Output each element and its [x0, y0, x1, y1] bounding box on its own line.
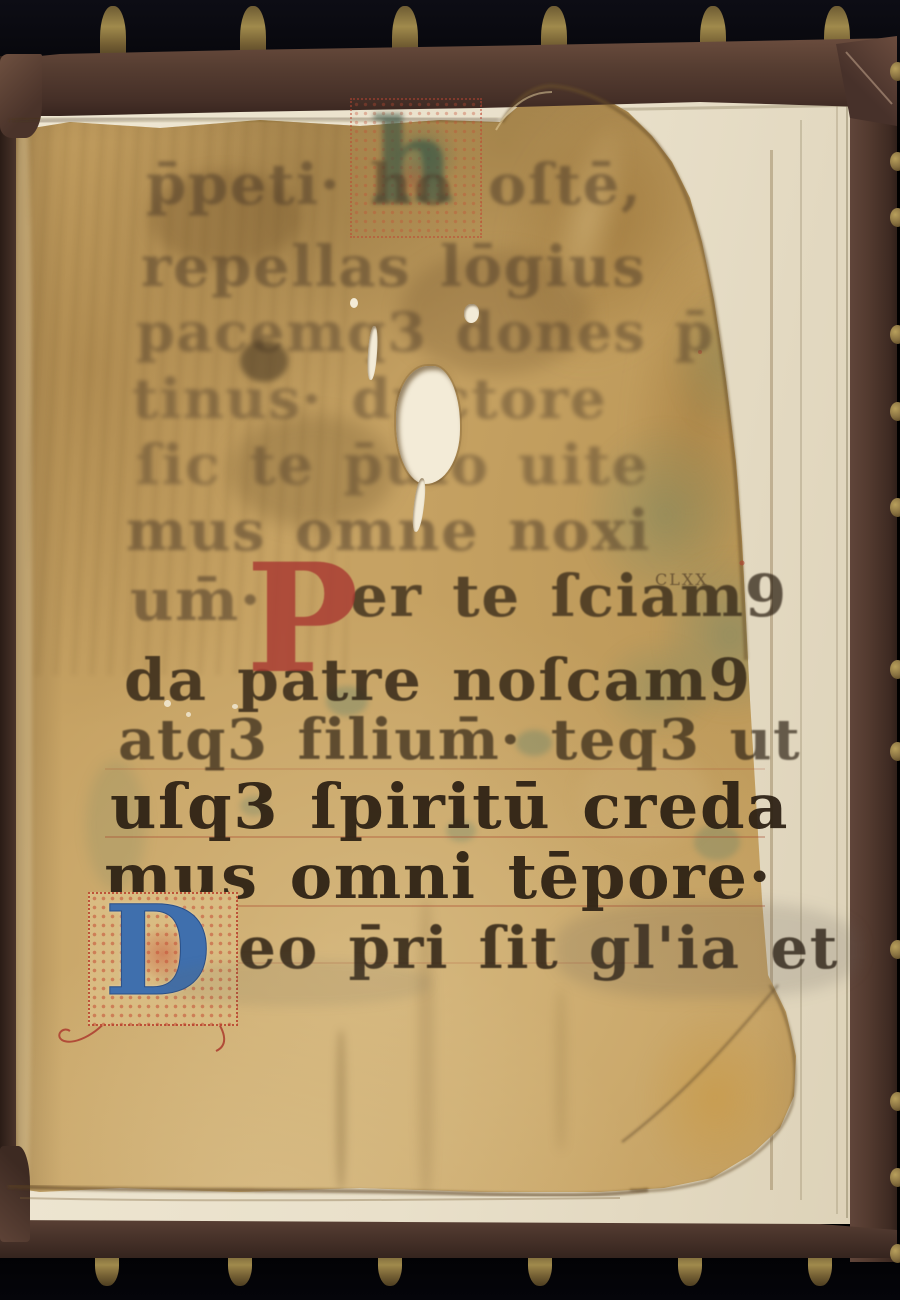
clasp-stud	[890, 1092, 900, 1111]
clasp-stud	[890, 208, 900, 227]
ink-smudge	[240, 340, 288, 382]
manuscript-text-line: oſtē,	[488, 152, 642, 218]
clasp-stud	[890, 498, 900, 517]
manuscript-text-line: ſic te p̄uio uite	[136, 432, 649, 497]
clasp-stud	[890, 742, 900, 761]
clasp-stud	[890, 152, 900, 171]
manuscript-text-line: um̄·	[130, 566, 262, 634]
manuscript-text-line: da patre noſcam9	[124, 646, 752, 714]
manuscript-text-line: p̄peti· ho	[146, 152, 454, 218]
manuscript-text-line: er te ſciam9	[350, 562, 788, 630]
clasp-stud	[890, 325, 900, 344]
manuscript-text-line: atq3 filium̄· teq3 ut	[118, 707, 801, 773]
parchment-hole	[396, 366, 460, 484]
manuscript-text-line: pacemq3 dones p̄	[136, 300, 715, 364]
clasp-stud	[890, 1244, 900, 1263]
red-initial-p: P	[246, 544, 359, 694]
parchment-hole	[164, 700, 171, 707]
ink-smudge	[555, 902, 860, 998]
clasp-stud	[890, 940, 900, 959]
clasp-stud	[890, 660, 900, 679]
manuscript-text-line: mus omne noxi	[126, 498, 651, 564]
manuscript-text-line: uſq3 ſpiritū creda	[110, 770, 789, 843]
clasp-stud	[890, 62, 900, 81]
parchment-hole	[350, 298, 358, 308]
ink-smudge	[160, 960, 430, 1006]
clasp-stud	[890, 402, 900, 421]
clasp-stud	[890, 1168, 900, 1187]
blue-initial-d: D	[88, 892, 238, 1026]
parchment-hole	[232, 704, 238, 709]
manuscript-text-line: repellas lōgius	[141, 234, 646, 300]
parchment-hole	[186, 712, 191, 717]
manuscript-photo: h P D CLXX p̄peti· hooſtē,repellas lōgi…	[0, 0, 900, 1300]
